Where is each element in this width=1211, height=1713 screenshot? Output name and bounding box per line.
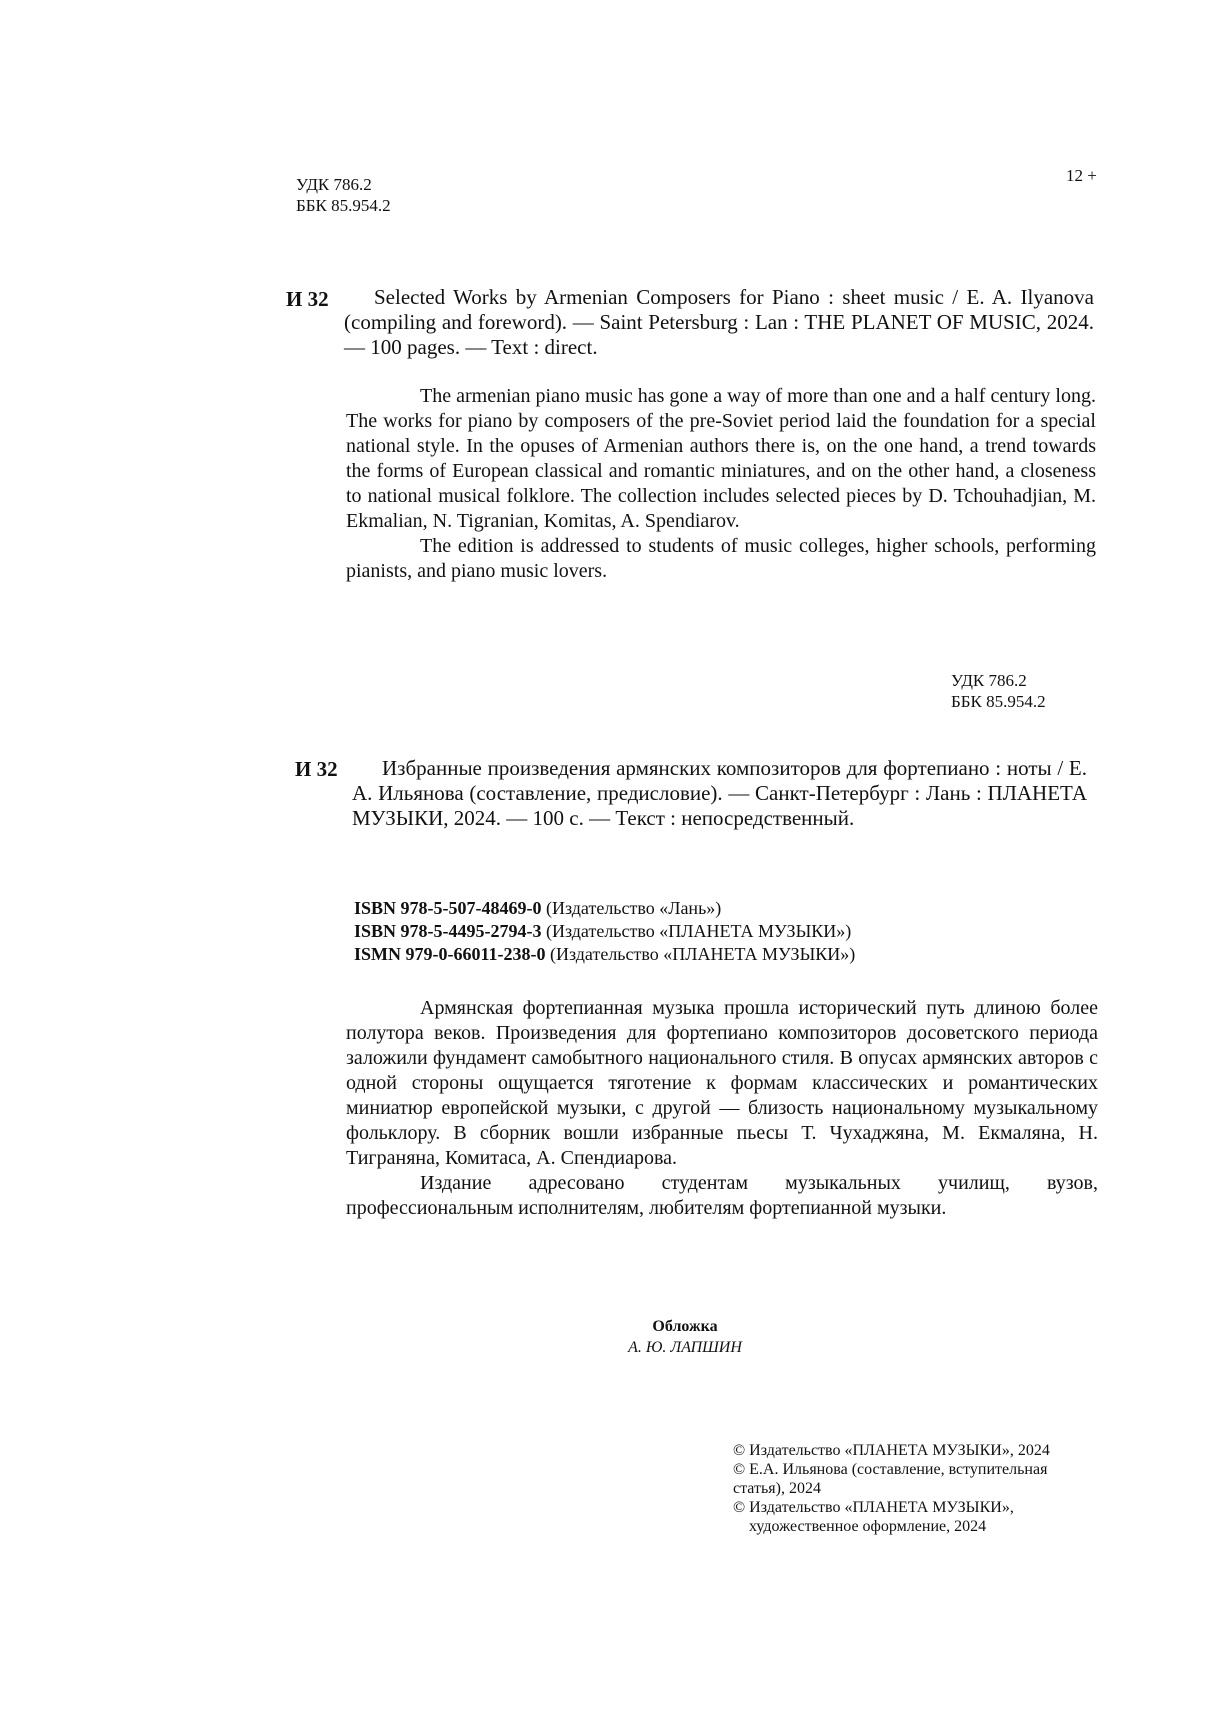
isbn-line: ISBN 978-5-4495-2794-3 (Издательство «ПЛ… [354,920,855,943]
english-abstract: The armenian piano music has gone a way … [346,384,1096,584]
isbn-line: ISBN 978-5-507-48469-0 (Издательство «Ла… [354,897,855,920]
russian-abstract: Армянская фортепианная музыка прошла ист… [346,996,1098,1221]
copyright-line: © Е.А. Ильянова (составление, вступитель… [733,1460,1073,1498]
udk-bbk-classification: УДК 786.2 ББК 85.954.2 [951,670,1046,712]
entry-text: Selected Works by Armenian Composers for… [344,285,1094,360]
udk-code: УДК 786.2 [951,670,1046,691]
copyright-line: © Издательство «ПЛАНЕТА МУЗЫКИ», [733,1498,1073,1517]
udk-code: УДК 786.2 [296,174,391,195]
copyright-line: художественное оформление, 2024 [733,1517,1073,1536]
abstract-paragraph: Издание адресовано студентам музыкальных… [346,1171,1098,1221]
copyright-block: © Издательство «ПЛАНЕТА МУЗЫКИ», 2024 © … [733,1441,1073,1536]
identifier-list: ISBN 978-5-507-48469-0 (Издательство «Ла… [354,897,855,966]
cover-credit: Обложка А. Ю. ЛАПШИН [560,1316,810,1358]
abstract-paragraph: The armenian piano music has gone a way … [346,384,1096,534]
author-sign-code: И 32 [295,757,338,782]
abstract-paragraph: The edition is addressed to students of … [346,534,1096,584]
cover-designer: А. Ю. ЛАПШИН [560,1337,810,1358]
cover-label: Обложка [560,1316,810,1337]
entry-text: Избранные произведения армянских компози… [352,756,1087,831]
author-sign-code: И 32 [286,287,329,312]
bbk-code: ББК 85.954.2 [296,195,391,216]
udk-bbk-top: УДК 786.2 ББК 85.954.2 [296,174,391,216]
copyright-line: © Издательство «ПЛАНЕТА МУЗЫКИ», 2024 [733,1441,1073,1460]
ismn-line: ISMN 979-0-66011-238-0 (Издательство «ПЛ… [354,943,855,966]
age-rating: 12 + [1066,166,1097,186]
abstract-paragraph: Армянская фортепианная музыка прошла ист… [346,996,1098,1171]
bbk-code: ББК 85.954.2 [951,691,1046,712]
